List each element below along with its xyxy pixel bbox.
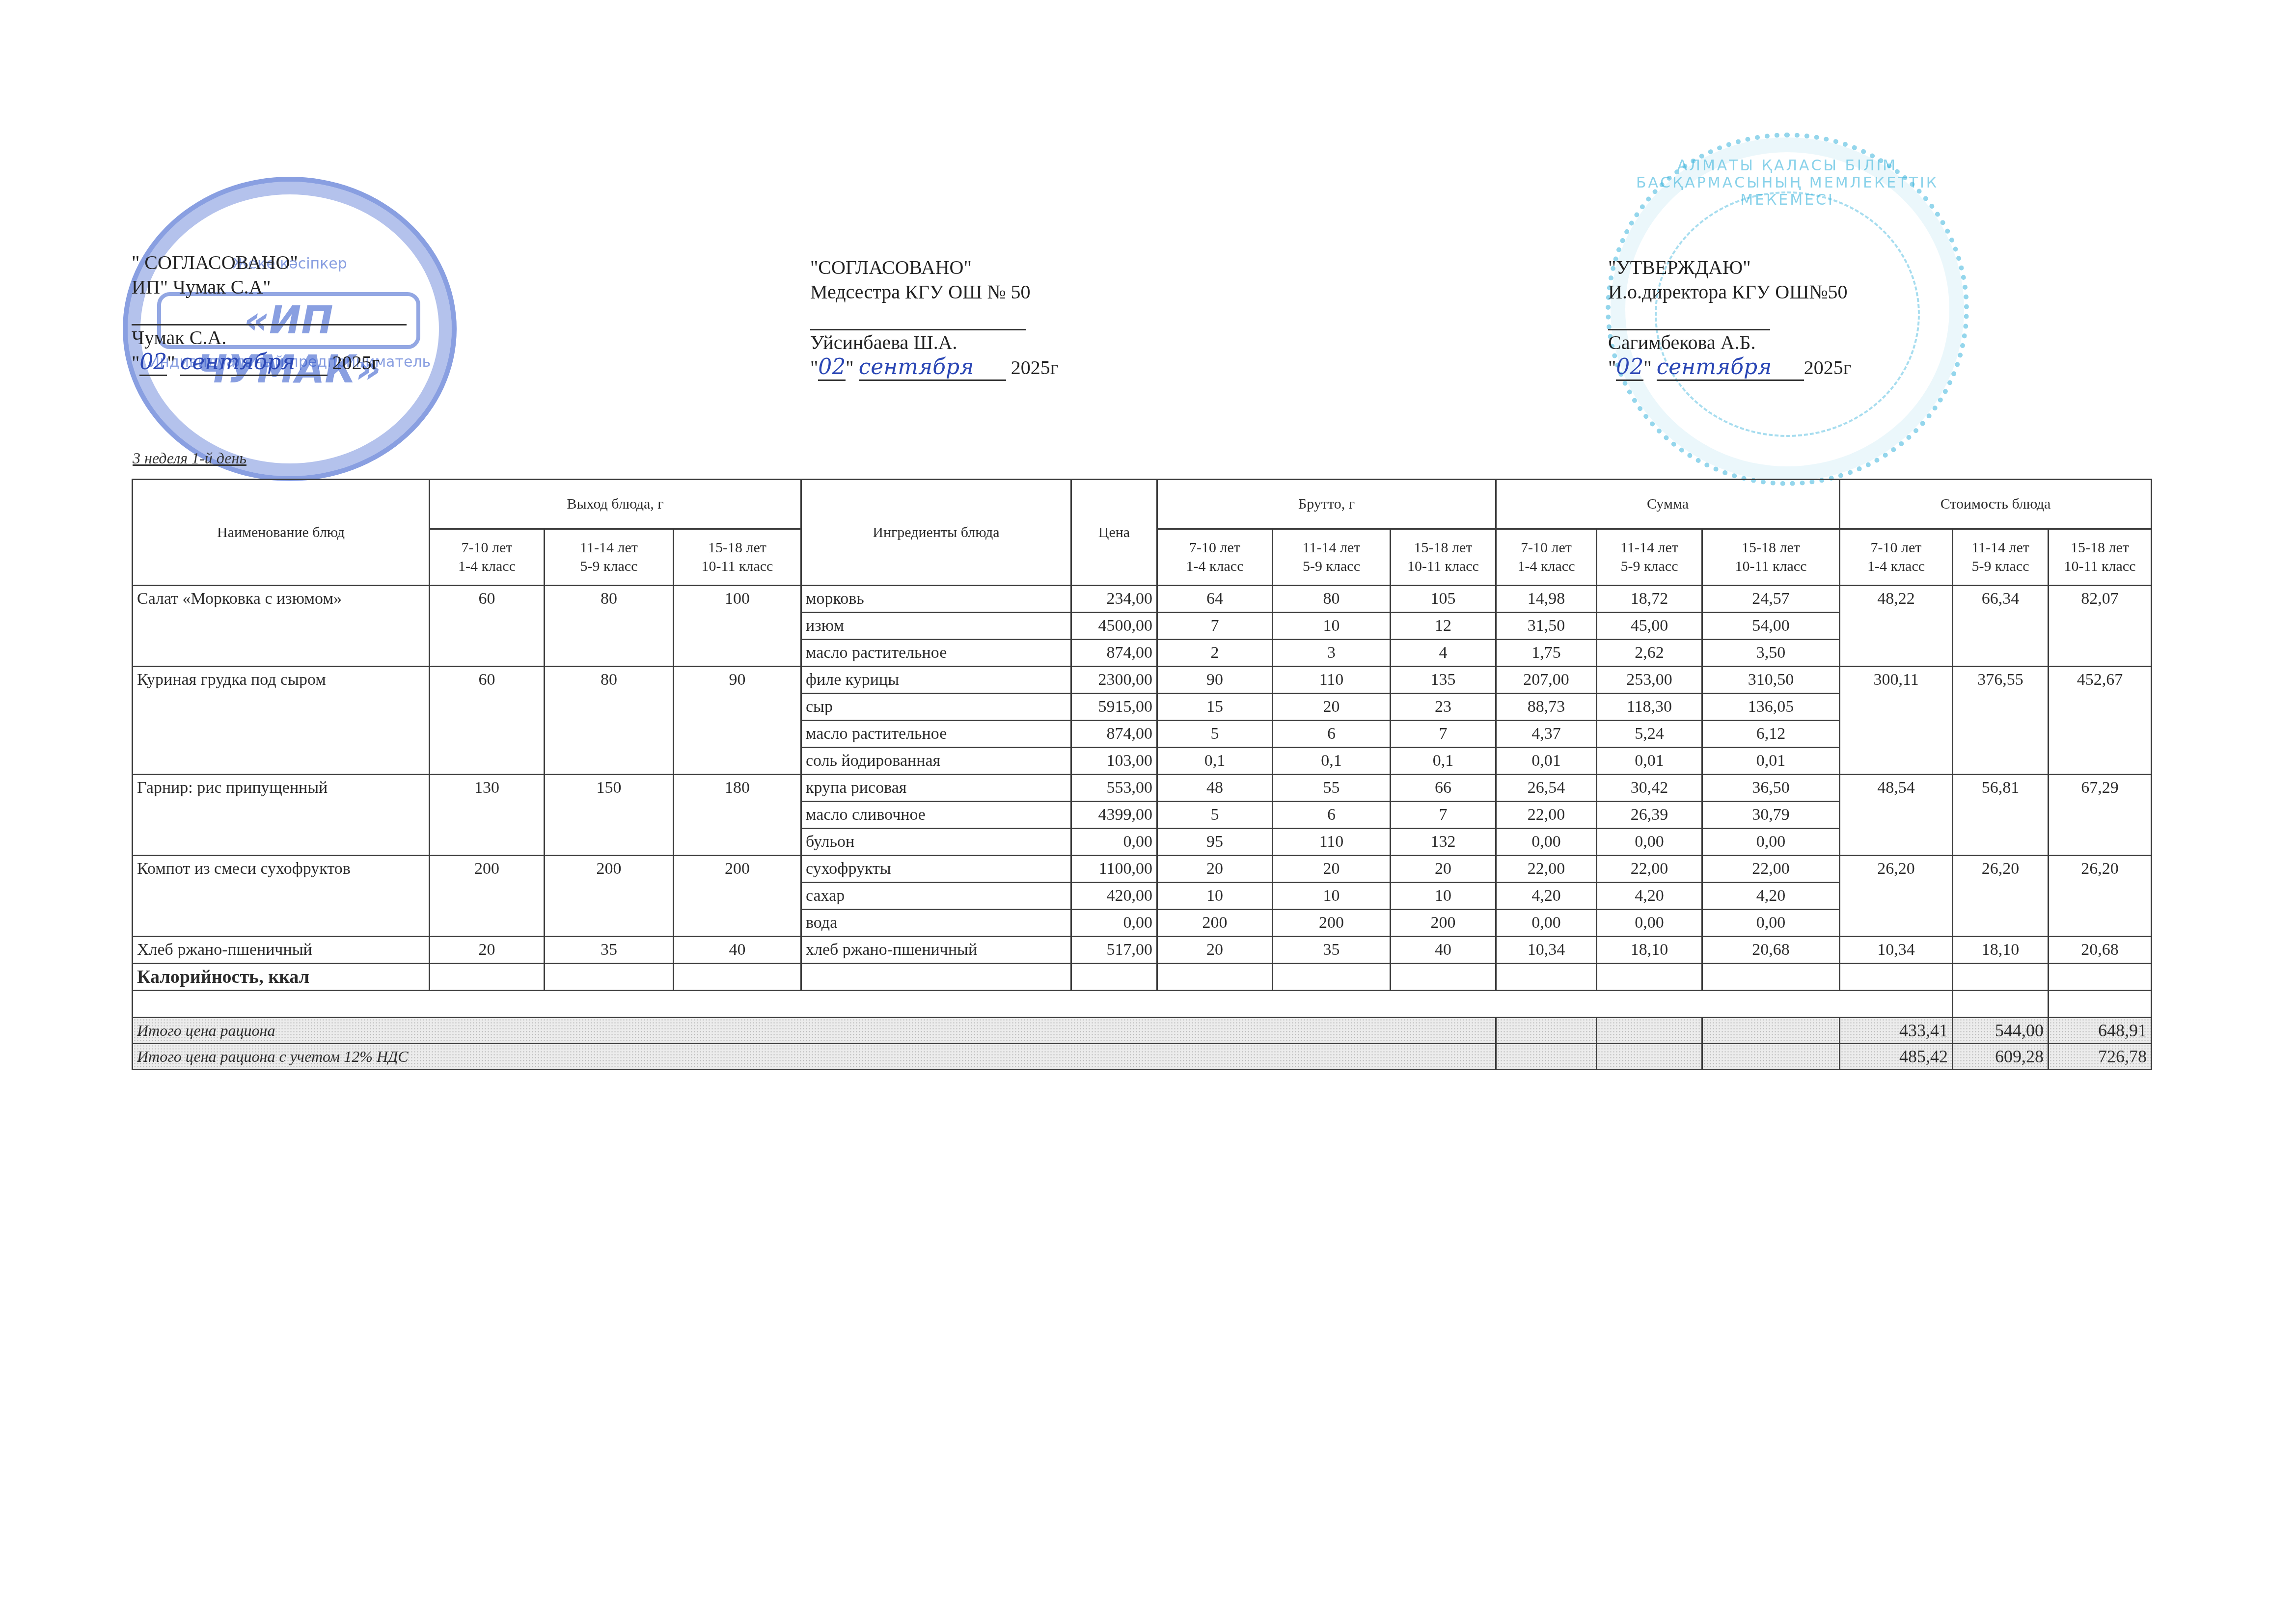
total-value: 726,78	[2049, 1044, 2152, 1070]
ingredient-sum: 6,12	[1702, 721, 1840, 748]
ingredient-sum: 118,30	[1597, 694, 1702, 721]
ingredient-price: 0,00	[1071, 910, 1157, 937]
age-range: 15-18 лет	[1742, 540, 1800, 556]
date-month: сентября	[180, 350, 328, 376]
dish-yield: 130	[430, 775, 545, 856]
dish-name: Компот из смеси сухофруктов	[133, 856, 430, 937]
header-brutto-age-0: 7-10 лет1-4 класс	[1157, 529, 1273, 586]
ingredient-brutto: 55	[1273, 775, 1391, 802]
grade-range: 1-4 класс	[1186, 558, 1244, 574]
dish-yield: 35	[545, 937, 674, 964]
ingredient-price: 874,00	[1071, 721, 1157, 748]
ingredient-sum: 4,20	[1496, 883, 1597, 910]
grade-range: 5-9 класс	[1621, 558, 1678, 574]
age-range: 11-14 лет	[1971, 540, 2029, 556]
grade-range: 10-11 класс	[1735, 558, 1807, 574]
age-range: 15-18 лет	[2071, 540, 2129, 556]
ingredient-sum: 88,73	[1496, 694, 1597, 721]
header-yield: Выход блюда, г	[430, 480, 801, 529]
ingredient-price: 1100,00	[1071, 856, 1157, 883]
age-range: 7-10 лет	[1189, 540, 1240, 556]
grade-range: 1-4 класс	[458, 558, 516, 574]
table-row: Куриная грудка под сыром608090филе куриц…	[133, 667, 2152, 694]
age-range: 7-10 лет	[1871, 540, 1922, 556]
calories-cell	[1597, 964, 1702, 991]
ingredient-sum: 310,50	[1702, 667, 1840, 694]
ingredient-sum: 0,00	[1597, 829, 1702, 856]
ingredient-sum: 30,79	[1702, 802, 1840, 829]
calories-cell	[1840, 964, 1953, 991]
ingredient-sum: 30,42	[1597, 775, 1702, 802]
ingredient-sum: 0,00	[1702, 829, 1840, 856]
calories-cell	[674, 964, 801, 991]
header-cost-age-2: 15-18 лет10-11 класс	[2049, 529, 2152, 586]
dish-cost: 10,34	[1840, 937, 1953, 964]
date-year: 2025г	[1011, 356, 1058, 379]
ingredient-name: сухофрукты	[801, 856, 1071, 883]
ingredient-name: крупа рисовая	[801, 775, 1071, 802]
dish-cost: 300,11	[1840, 667, 1953, 775]
total-value: 433,41	[1840, 1018, 1953, 1044]
calories-cell	[1391, 964, 1496, 991]
ingredient-brutto: 5	[1157, 721, 1273, 748]
ingredient-sum: 31,50	[1496, 613, 1597, 640]
calories-cell	[430, 964, 545, 991]
header-sum-age-1: 11-14 лет5-9 класс	[1597, 529, 1702, 586]
dish-cost: 82,07	[2049, 586, 2152, 667]
ingredient-brutto: 2	[1157, 640, 1273, 667]
ingredient-sum: 0,01	[1496, 748, 1597, 775]
ingredient-price: 234,00	[1071, 586, 1157, 613]
ingredient-name: сыр	[801, 694, 1071, 721]
ingredient-price: 4399,00	[1071, 802, 1157, 829]
approval-title: " СОГЛАСОВАНО"	[132, 250, 407, 275]
approval-org: Медсестра КГУ ОШ № 50	[810, 280, 1058, 304]
dish-cost: 48,22	[1840, 586, 1953, 667]
header-yield-age-2: 15-18 лет10-11 класс	[674, 529, 801, 586]
table-row: Компот из смеси сухофруктов200200200сухо…	[133, 856, 2152, 883]
ingredient-sum: 45,00	[1597, 613, 1702, 640]
dish-yield: 40	[674, 937, 801, 964]
ingredient-brutto: 110	[1273, 829, 1391, 856]
ingredient-brutto: 7	[1391, 721, 1496, 748]
ingredient-sum: 26,54	[1496, 775, 1597, 802]
dish-name: Куриная грудка под сыром	[133, 667, 430, 775]
calories-cell	[2049, 964, 2152, 991]
dish-cost: 48,54	[1840, 775, 1953, 856]
age-range: 11-14 лет	[580, 540, 638, 556]
ingredient-sum: 0,01	[1597, 748, 1702, 775]
ingredient-sum: 22,00	[1496, 802, 1597, 829]
ingredient-price: 517,00	[1071, 937, 1157, 964]
ingredient-brutto: 110	[1273, 667, 1391, 694]
signature-line	[132, 299, 407, 325]
spacer-cell	[1953, 991, 2049, 1018]
ingredient-sum: 22,00	[1597, 856, 1702, 883]
total-value: 648,91	[2049, 1018, 2152, 1044]
ingredient-sum: 4,20	[1702, 883, 1840, 910]
date-month: сентября	[859, 355, 1006, 381]
grade-range: 10-11 класс	[2064, 558, 2136, 574]
ingredient-brutto: 0,1	[1273, 748, 1391, 775]
approval-name: Сагимбекова А.Б.	[1608, 330, 1851, 355]
dish-cost: 376,55	[1953, 667, 2049, 775]
header-cost: Стоимость блюда	[1840, 480, 2152, 529]
dish-yield: 180	[674, 775, 801, 856]
date-day: 02	[139, 350, 167, 376]
ingredient-sum: 4,20	[1597, 883, 1702, 910]
grade-range: 10-11 класс	[1407, 558, 1479, 574]
ingredient-price: 0,00	[1071, 829, 1157, 856]
ingredient-sum: 2,62	[1597, 640, 1702, 667]
dish-yield: 200	[545, 856, 674, 937]
approval-name: Уйсинбаева Ш.А.	[810, 330, 1058, 355]
total-empty-cell	[1702, 1018, 1840, 1044]
approval-block-supplier: " СОГЛАСОВАНО" ИП" Чумак С.А" Чумак С.А.…	[132, 250, 407, 376]
dish-cost: 26,20	[1953, 856, 2049, 937]
ingredient-brutto: 200	[1157, 910, 1273, 937]
calories-cell	[1157, 964, 1273, 991]
ingredient-price: 4500,00	[1071, 613, 1157, 640]
ingredient-name: хлеб ржано-пшеничный	[801, 937, 1071, 964]
age-range: 15-18 лет	[1414, 540, 1473, 556]
ingredient-name: филе курицы	[801, 667, 1071, 694]
ingredient-sum: 0,00	[1597, 910, 1702, 937]
dish-yield: 80	[545, 586, 674, 667]
ingredient-brutto: 10	[1273, 883, 1391, 910]
approval-date: "02" сентября 2025г	[132, 350, 407, 376]
date-day: 02	[818, 355, 846, 381]
dish-cost: 67,29	[2049, 775, 2152, 856]
header-dish-name: Наименование блюд	[133, 480, 430, 586]
ingredient-brutto: 4	[1391, 640, 1496, 667]
menu-table: Наименование блюд Выход блюда, г Ингреди…	[132, 479, 2152, 1070]
calories-cell	[1071, 964, 1157, 991]
dish-cost: 18,10	[1953, 937, 2049, 964]
ingredient-sum: 4,37	[1496, 721, 1597, 748]
grade-range: 5-9 класс	[1972, 558, 2029, 574]
dish-cost: 452,67	[2049, 667, 2152, 775]
dish-cost: 56,81	[1953, 775, 2049, 856]
approval-name: Чумак С.А.	[132, 325, 407, 350]
ingredient-sum: 24,57	[1702, 586, 1840, 613]
ingredient-price: 420,00	[1071, 883, 1157, 910]
ingredient-name: масло растительное	[801, 721, 1071, 748]
dish-yield: 200	[430, 856, 545, 937]
ingredient-price: 874,00	[1071, 640, 1157, 667]
ingredient-brutto: 15	[1157, 694, 1273, 721]
ingredient-sum: 14,98	[1496, 586, 1597, 613]
calories-cell	[1273, 964, 1391, 991]
ingredient-price: 2300,00	[1071, 667, 1157, 694]
ingredient-sum: 136,05	[1702, 694, 1840, 721]
header-ingredients: Ингредиенты блюда	[801, 480, 1071, 586]
ingredient-sum: 36,50	[1702, 775, 1840, 802]
total-label: Итого цена рациона	[133, 1018, 1496, 1044]
ingredient-sum: 0,01	[1702, 748, 1840, 775]
ingredient-name: вода	[801, 910, 1071, 937]
total-label: Итого цена рациона с учетом 12% НДС	[133, 1044, 1496, 1070]
table-row: Хлеб ржано-пшеничный203540хлеб ржано-пше…	[133, 937, 2152, 964]
grade-range: 5-9 класс	[1303, 558, 1360, 574]
header-yield-age-0: 7-10 лет1-4 класс	[430, 529, 545, 586]
ingredient-name: изюм	[801, 613, 1071, 640]
age-range: 15-18 лет	[708, 540, 766, 556]
grade-range: 5-9 класс	[580, 558, 638, 574]
ingredient-brutto: 200	[1273, 910, 1391, 937]
date-month: сентября	[1657, 355, 1804, 381]
ingredient-brutto: 132	[1391, 829, 1496, 856]
age-range: 7-10 лет	[1521, 540, 1572, 556]
approval-block-director: "УТВЕРЖДАЮ" И.о.директора КГУ ОШ№50 Саги…	[1608, 255, 1851, 381]
dish-cost: 26,20	[1840, 856, 1953, 937]
ingredient-sum: 54,00	[1702, 613, 1840, 640]
approval-org: ИП" Чумак С.А"	[132, 275, 407, 299]
ingredient-brutto: 10	[1157, 883, 1273, 910]
date-year: 2025г	[1804, 356, 1851, 379]
approval-date: "02" сентября 2025г	[810, 355, 1058, 381]
ingredient-sum: 207,00	[1496, 667, 1597, 694]
table-row: Гарнир: рис припущенный130150180крупа ри…	[133, 775, 2152, 802]
calories-cell	[1953, 964, 2049, 991]
ingredient-brutto: 20	[1391, 856, 1496, 883]
ingredient-brutto: 35	[1273, 937, 1391, 964]
calories-cell	[545, 964, 674, 991]
ingredient-brutto: 20	[1157, 856, 1273, 883]
ingredient-sum: 22,00	[1496, 856, 1597, 883]
ingredient-sum: 18,10	[1597, 937, 1702, 964]
dish-name: Салат «Морковка с изюмом»	[133, 586, 430, 667]
ingredient-name: соль йодированная	[801, 748, 1071, 775]
dish-yield: 150	[545, 775, 674, 856]
dish-yield: 100	[674, 586, 801, 667]
header-price: Цена	[1071, 480, 1157, 586]
ingredient-brutto: 7	[1391, 802, 1496, 829]
ingredient-brutto: 23	[1391, 694, 1496, 721]
approval-title: "СОГЛАСОВАНО"	[810, 255, 1058, 280]
dish-yield: 60	[430, 667, 545, 775]
ingredient-sum: 0,00	[1702, 910, 1840, 937]
calories-cell	[1496, 964, 1597, 991]
ingredient-brutto: 135	[1391, 667, 1496, 694]
ingredient-brutto: 20	[1157, 937, 1273, 964]
dish-cost: 26,20	[2049, 856, 2152, 937]
menu-day-label: 3 неделя 1-й день	[133, 449, 246, 467]
ingredient-brutto: 10	[1273, 613, 1391, 640]
header-sum: Сумма	[1496, 480, 1840, 529]
total-empty-cell	[1702, 1044, 1840, 1070]
ingredient-price: 103,00	[1071, 748, 1157, 775]
header-cost-age-0: 7-10 лет1-4 класс	[1840, 529, 1953, 586]
ingredient-name: масло сливочное	[801, 802, 1071, 829]
dish-cost: 20,68	[2049, 937, 2152, 964]
dish-name: Хлеб ржано-пшеничный	[133, 937, 430, 964]
ingredient-brutto: 20	[1273, 856, 1391, 883]
dish-yield: 90	[674, 667, 801, 775]
ingredient-brutto: 200	[1391, 910, 1496, 937]
date-day: 02	[1616, 355, 1643, 381]
ingredient-sum: 0,00	[1496, 910, 1597, 937]
stamp-text: АЛМАТЫ ҚАЛАСЫ БІЛІМ БАСҚАРМАСЫНЫҢ МЕМЛЕК…	[1611, 157, 1964, 209]
ingredient-brutto: 95	[1157, 829, 1273, 856]
dish-yield: 20	[430, 937, 545, 964]
total-row: Итого цена рациона с учетом 12% НДС485,4…	[133, 1044, 2152, 1070]
dish-cost: 66,34	[1953, 586, 2049, 667]
ingredient-brutto: 48	[1157, 775, 1273, 802]
header-yield-age-1: 11-14 лет5-9 класс	[545, 529, 674, 586]
total-empty-cell	[1496, 1044, 1597, 1070]
dish-name: Гарнир: рис припущенный	[133, 775, 430, 856]
signature-line	[810, 304, 1026, 330]
ingredient-sum: 26,39	[1597, 802, 1702, 829]
age-range: 11-14 лет	[1303, 540, 1361, 556]
dish-yield: 200	[674, 856, 801, 937]
ingredient-brutto: 20	[1273, 694, 1391, 721]
ingredient-brutto: 0,1	[1391, 748, 1496, 775]
grade-range: 10-11 класс	[702, 558, 773, 574]
ingredient-name: масло растительное	[801, 640, 1071, 667]
total-row: Итого цена рациона433,41544,00648,91	[133, 1018, 2152, 1044]
total-value: 544,00	[1953, 1018, 2049, 1044]
ingredient-price: 553,00	[1071, 775, 1157, 802]
grade-range: 1-4 класс	[1867, 558, 1925, 574]
ingredient-sum: 10,34	[1496, 937, 1597, 964]
header-brutto-age-1: 11-14 лет5-9 класс	[1273, 529, 1391, 586]
header-brutto: Брутто, г	[1157, 480, 1496, 529]
spacer-cell	[133, 991, 1953, 1018]
spacer-row	[133, 991, 2152, 1018]
ingredient-brutto: 10	[1391, 883, 1496, 910]
total-value: 609,28	[1953, 1044, 2049, 1070]
ingredient-sum: 253,00	[1597, 667, 1702, 694]
ingredient-brutto: 6	[1273, 802, 1391, 829]
ingredient-brutto: 6	[1273, 721, 1391, 748]
calories-row: Калорийность, ккал	[133, 964, 2152, 991]
ingredient-brutto: 3	[1273, 640, 1391, 667]
ingredient-brutto: 40	[1391, 937, 1496, 964]
ingredient-sum: 18,72	[1597, 586, 1702, 613]
calories-cell	[801, 964, 1071, 991]
grade-range: 1-4 класс	[1518, 558, 1575, 574]
spacer-cell	[2049, 991, 2152, 1018]
approval-title: "УТВЕРЖДАЮ"	[1608, 255, 1851, 280]
age-range: 11-14 лет	[1620, 540, 1678, 556]
total-empty-cell	[1597, 1044, 1702, 1070]
ingredient-brutto: 90	[1157, 667, 1273, 694]
ingredient-brutto: 105	[1391, 586, 1496, 613]
ingredient-name: морковь	[801, 586, 1071, 613]
approval-org: И.о.директора КГУ ОШ№50	[1608, 280, 1851, 304]
header-brutto-age-2: 15-18 лет10-11 класс	[1391, 529, 1496, 586]
calories-label: Калорийность, ккал	[133, 964, 430, 991]
ingredient-price: 5915,00	[1071, 694, 1157, 721]
ingredient-name: бульон	[801, 829, 1071, 856]
header-sum-age-0: 7-10 лет1-4 класс	[1496, 529, 1597, 586]
approval-block-nurse: "СОГЛАСОВАНО" Медсестра КГУ ОШ № 50 Уйси…	[810, 255, 1058, 381]
dish-yield: 80	[545, 667, 674, 775]
total-empty-cell	[1496, 1018, 1597, 1044]
calories-cell	[1702, 964, 1840, 991]
approval-date: "02" сентября2025г	[1608, 355, 1851, 381]
ingredient-name: сахар	[801, 883, 1071, 910]
ingredient-brutto: 66	[1391, 775, 1496, 802]
ingredient-sum: 3,50	[1702, 640, 1840, 667]
ingredient-brutto: 5	[1157, 802, 1273, 829]
date-year: 2025г	[332, 352, 380, 374]
ingredient-sum: 22,00	[1702, 856, 1840, 883]
age-range: 7-10 лет	[462, 540, 513, 556]
signature-line	[1608, 304, 1770, 330]
ingredient-brutto: 0,1	[1157, 748, 1273, 775]
header-sum-age-2: 15-18 лет10-11 класс	[1702, 529, 1840, 586]
ingredient-brutto: 12	[1391, 613, 1496, 640]
total-value: 485,42	[1840, 1044, 1953, 1070]
dish-yield: 60	[430, 586, 545, 667]
table-row: Салат «Морковка с изюмом»6080100морковь2…	[133, 586, 2152, 613]
ingredient-brutto: 80	[1273, 586, 1391, 613]
ingredient-sum: 1,75	[1496, 640, 1597, 667]
ingredient-brutto: 64	[1157, 586, 1273, 613]
header-cost-age-1: 11-14 лет5-9 класс	[1953, 529, 2049, 586]
ingredient-sum: 20,68	[1702, 937, 1840, 964]
total-empty-cell	[1597, 1018, 1702, 1044]
ingredient-brutto: 7	[1157, 613, 1273, 640]
ingredient-sum: 5,24	[1597, 721, 1702, 748]
ingredient-sum: 0,00	[1496, 829, 1597, 856]
